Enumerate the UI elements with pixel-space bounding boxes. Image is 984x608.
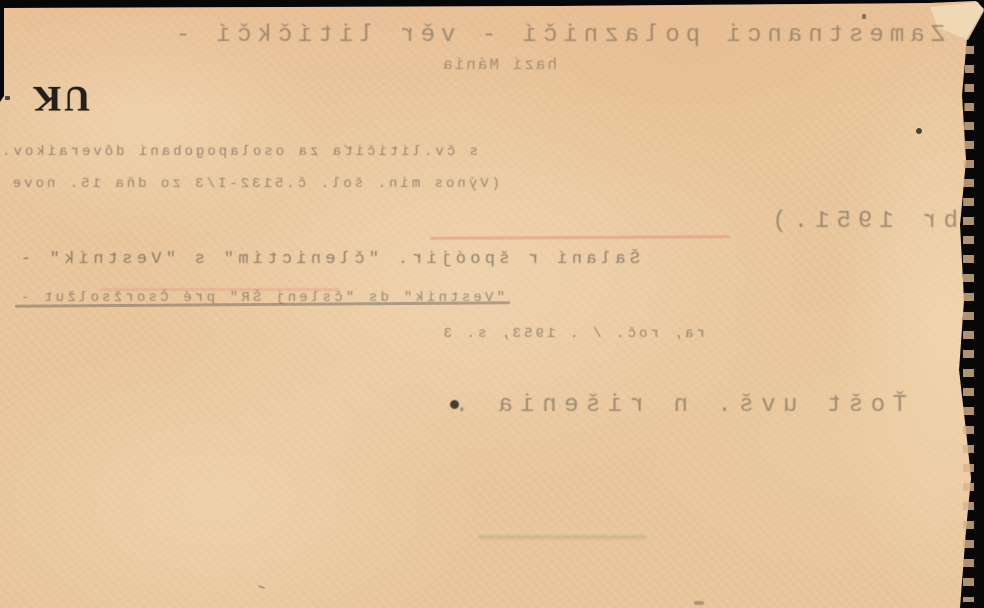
- bleed-line-heading-2: hazí Mánia: [422, 56, 557, 74]
- bleed-line-note: Ťošt uvš. n rišenia .: [442, 392, 907, 419]
- edge-fleck: [5, 96, 10, 100]
- uk-library-stamp: UK: [24, 76, 96, 122]
- bleed-line-para2-3: ra, roč. / . 1953, s. 3: [440, 326, 705, 342]
- paper-fleck-2: [694, 601, 704, 605]
- bleed-line-para2-1: Šalaní r špoójir. "členictím" s "Vestník…: [15, 250, 640, 269]
- paper-fleck-3: [862, 14, 866, 19]
- perforation-edge: [963, 46, 974, 602]
- green-smudge: [478, 535, 646, 539]
- bleed-line-para1-2: (Výnos min. šol. č.5132-I/3 zo dňa 15. n…: [8, 176, 500, 192]
- bleed-line-para1-3: br 1951.): [753, 208, 958, 235]
- pink-pencil-streak-2: [100, 288, 340, 291]
- bleed-line-heading-1: Zamestnanci polazničí - věr litíčkčí -: [170, 22, 945, 49]
- bleed-line-para1-1: s čv.litičiťa za osolapogobaní dôveraíko…: [8, 144, 478, 160]
- ink-dot-period: [450, 400, 459, 409]
- ink-dot: [916, 128, 922, 134]
- scanned-card: Zamestnanci polazničí - věr litíčkčí - h…: [0, 0, 984, 608]
